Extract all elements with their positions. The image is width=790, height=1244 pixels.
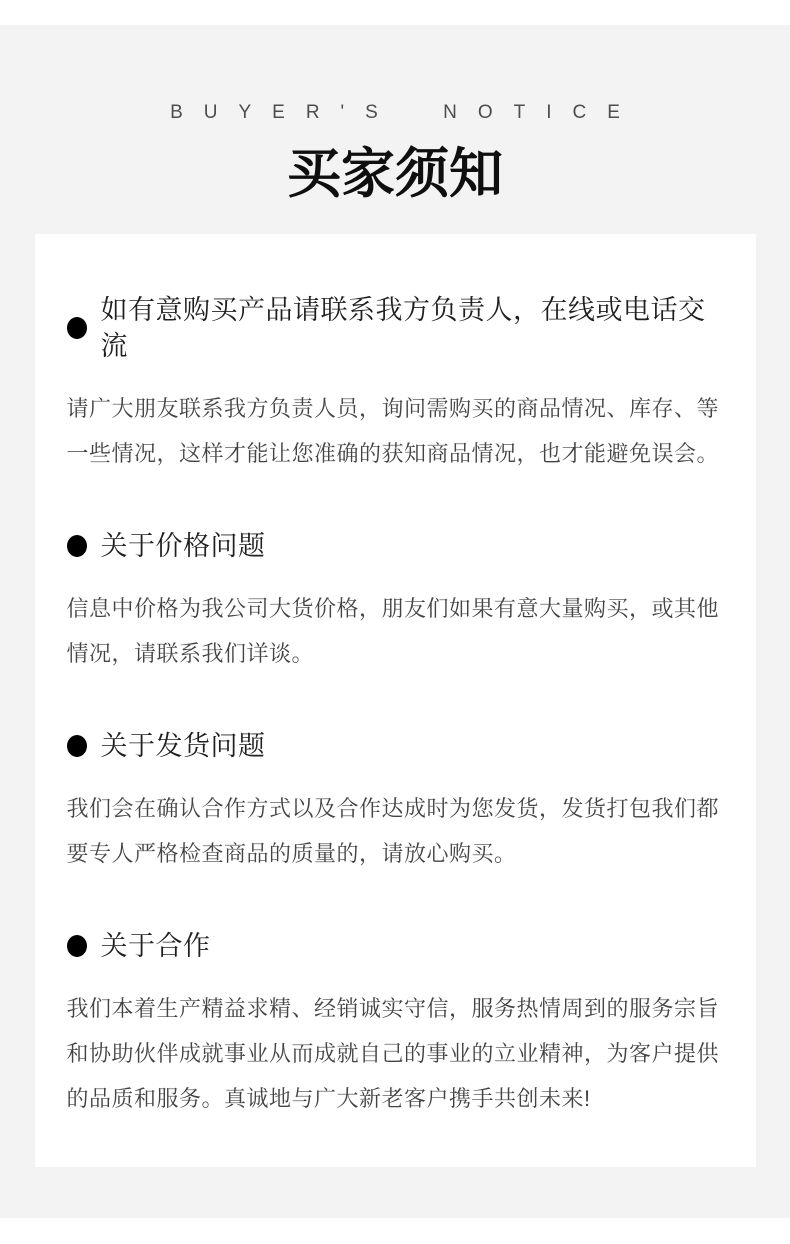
section-heading: 关于合作 xyxy=(101,928,211,964)
notice-section-contact: 如有意购买产品请联系我方负责人，在线或电话交流 请广大朋友联系我方负责人员，询问… xyxy=(67,292,724,476)
section-heading: 关于发货问题 xyxy=(101,728,266,764)
section-heading-row: 关于发货问题 xyxy=(67,728,724,764)
notice-header: BUYER'S NOTICE 买家须知 xyxy=(0,101,790,205)
buyer-notice-page: BUYER'S NOTICE 买家须知 如有意购买产品请联系我方负责人，在线或电… xyxy=(0,25,790,1218)
bullet-icon xyxy=(67,735,87,757)
section-heading: 关于价格问题 xyxy=(101,528,266,564)
bullet-icon xyxy=(67,317,87,339)
section-body: 我们本着生产精益求精、经销诚实守信，服务热情周到的服务宗旨和协助伙伴成就事业从而… xyxy=(67,986,724,1121)
section-heading-row: 如有意购买产品请联系我方负责人，在线或电话交流 xyxy=(67,292,724,364)
eyebrow-text: BUYER'S NOTICE xyxy=(0,101,790,125)
section-body: 我们会在确认合作方式以及合作达成时为您发货，发货打包我们都要专人严格检查商品的质… xyxy=(67,786,724,876)
notice-section-cooperation: 关于合作 我们本着生产精益求精、经销诚实守信，服务热情周到的服务宗旨和协助伙伴成… xyxy=(67,928,724,1121)
section-body: 请广大朋友联系我方负责人员，询问需购买的商品情况、库存、等一些情况，这样才能让您… xyxy=(67,386,724,476)
section-body: 信息中价格为我公司大货价格，朋友们如果有意大量购买，或其他情况，请联系我们详谈。 xyxy=(67,586,724,676)
notice-card: 如有意购买产品请联系我方负责人，在线或电话交流 请广大朋友联系我方负责人员，询问… xyxy=(35,234,756,1167)
bullet-icon xyxy=(67,535,87,557)
page-title: 买家须知 xyxy=(0,143,790,205)
notice-section-shipping: 关于发货问题 我们会在确认合作方式以及合作达成时为您发货，发货打包我们都要专人严… xyxy=(67,728,724,876)
section-heading-row: 关于合作 xyxy=(67,928,724,964)
bullet-icon xyxy=(67,935,87,957)
section-heading: 如有意购买产品请联系我方负责人，在线或电话交流 xyxy=(101,292,724,364)
notice-section-price: 关于价格问题 信息中价格为我公司大货价格，朋友们如果有意大量购买，或其他情况，请… xyxy=(67,528,724,676)
section-heading-row: 关于价格问题 xyxy=(67,528,724,564)
